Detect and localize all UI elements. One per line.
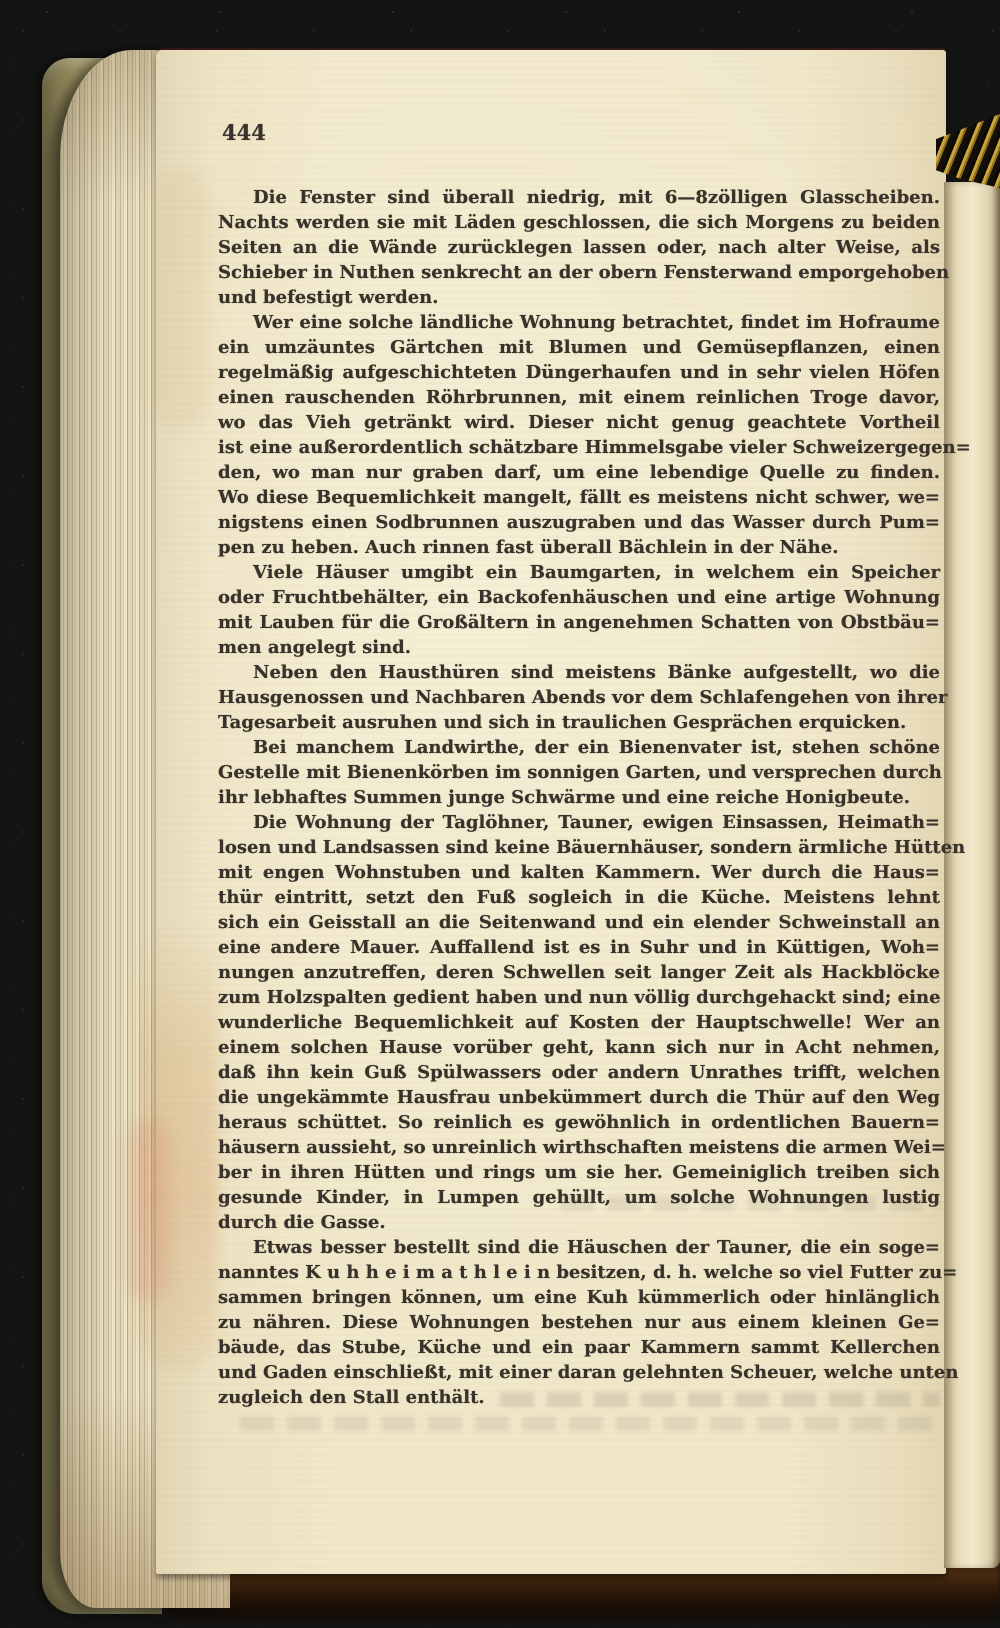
- text-line: zum Holzspalten gedient haben und nun vö…: [218, 985, 940, 1010]
- text-line: und befestigt werden.: [218, 285, 940, 310]
- text-line: pen zu heben. Auch rinnen fast überall B…: [218, 535, 940, 560]
- text-line: zugleich den Stall enthält.: [218, 1385, 940, 1410]
- text-line: Bei manchem Landwirthe, der ein Bienenva…: [218, 735, 940, 760]
- text-line: wo das Vieh getränkt wird. Dieser nicht …: [218, 410, 940, 435]
- text-line: wunderliche Bequemlichkeit auf Kosten de…: [218, 1010, 940, 1035]
- text-line: Nachts werden sie mit Läden geschlossen,…: [218, 210, 940, 235]
- text-line: Etwas besser bestellt sind die Häuschen …: [218, 1235, 940, 1260]
- text-line: daß ihn kein Guß Spülwassers oder andern…: [218, 1060, 940, 1085]
- text-line: Hausgenossen und Nachbaren Abends vor de…: [218, 685, 940, 710]
- text-line: bäude, das Stube, Küche und ein paar Kam…: [218, 1335, 940, 1360]
- text-line: einen rauschenden Röhrbrunnen, mit einem…: [218, 385, 940, 410]
- page-text-block: Die Fenster sind überall niedrig, mit 6—…: [218, 185, 940, 1410]
- text-line: Neben den Hausthüren sind meistens Bänke…: [218, 660, 940, 685]
- text-line: oder Fruchtbehälter, ein Backofenhäusche…: [218, 585, 940, 610]
- text-line: mit Lauben für die Großältern in angeneh…: [218, 610, 940, 635]
- text-line: ber in ihren Hütten und rings um sie her…: [218, 1160, 940, 1185]
- text-line: heraus schüttet. So reinlich es gewöhnli…: [218, 1110, 940, 1135]
- text-line: sich ein Geisstall an die Seitenwand und…: [218, 910, 940, 935]
- text-line: losen und Landsassen sind keine Bäuernhä…: [218, 835, 940, 860]
- text-line: nungen anzutreffen, deren Schwellen seit…: [218, 960, 940, 985]
- text-line: die ungekämmte Hausfrau unbekümmert durc…: [218, 1085, 940, 1110]
- text-line: Schieber in Nuthen senkrecht an der ober…: [218, 260, 940, 285]
- text-line: Wer eine solche ländliche Wohnung betrac…: [218, 310, 940, 335]
- text-line: Gestelle mit Bienenkörben im sonnigen Ga…: [218, 760, 940, 785]
- text-line: durch die Gasse.: [218, 1210, 940, 1235]
- text-line: Wo diese Bequemlichkeit mangelt, fällt e…: [218, 485, 940, 510]
- text-line: eine andere Mauer. Auffallend ist es in …: [218, 935, 940, 960]
- text-line: Viele Häuser umgibt ein Baumgarten, in w…: [218, 560, 940, 585]
- text-line: mit engen Wohnstuben und kalten Kammern.…: [218, 860, 940, 885]
- text-line: häusern aussieht, so unreinlich wirthsch…: [218, 1135, 940, 1160]
- text-line: nanntes K u h h e i m a t h l e i n besi…: [218, 1260, 940, 1285]
- page-number: 444: [222, 120, 266, 145]
- text-line: zu nähren. Diese Wohnungen bestehen nur …: [218, 1310, 940, 1335]
- text-line: ist eine außerordentlich schätzbare Himm…: [218, 435, 940, 460]
- text-line: Seiten an die Wände zurücklegen lassen o…: [218, 235, 940, 260]
- text-line: den, wo man nur graben darf, um eine leb…: [218, 460, 940, 485]
- text-line: und Gaden einschließt, mit einer daran g…: [218, 1360, 940, 1385]
- text-line: ihr lebhaftes Summen junge Schwärme und …: [218, 785, 940, 810]
- text-line: regelmäßig aufgeschichteten Düngerhaufen…: [218, 360, 940, 385]
- text-line: einem solchen Hause vorüber geht, kann s…: [218, 1035, 940, 1060]
- gutter-fold-strip: [944, 182, 1000, 1568]
- text-line: Tagesarbeit ausruhen und sich in traulic…: [218, 710, 940, 735]
- text-line: thür eintritt, setzt den Fuß sogleich in…: [218, 885, 940, 910]
- text-line: Die Wohnung der Taglöhner, Tauner, ewige…: [218, 810, 940, 835]
- text-line: men angelegt sind.: [218, 635, 940, 660]
- text-line: sammen bringen können, um eine Kuh kümme…: [218, 1285, 940, 1310]
- text-line: Die Fenster sind überall niedrig, mit 6—…: [218, 185, 940, 210]
- text-line: gesunde Kinder, in Lumpen gehüllt, um so…: [218, 1185, 940, 1210]
- text-line: ein umzäuntes Gärtchen mit Blumen und Ge…: [218, 335, 940, 360]
- photo-of-open-book: 444 Die Fenster sind überall niedrig, mi…: [0, 0, 1000, 1628]
- text-line: nigstens einen Sodbrunnen auszugraben un…: [218, 510, 940, 535]
